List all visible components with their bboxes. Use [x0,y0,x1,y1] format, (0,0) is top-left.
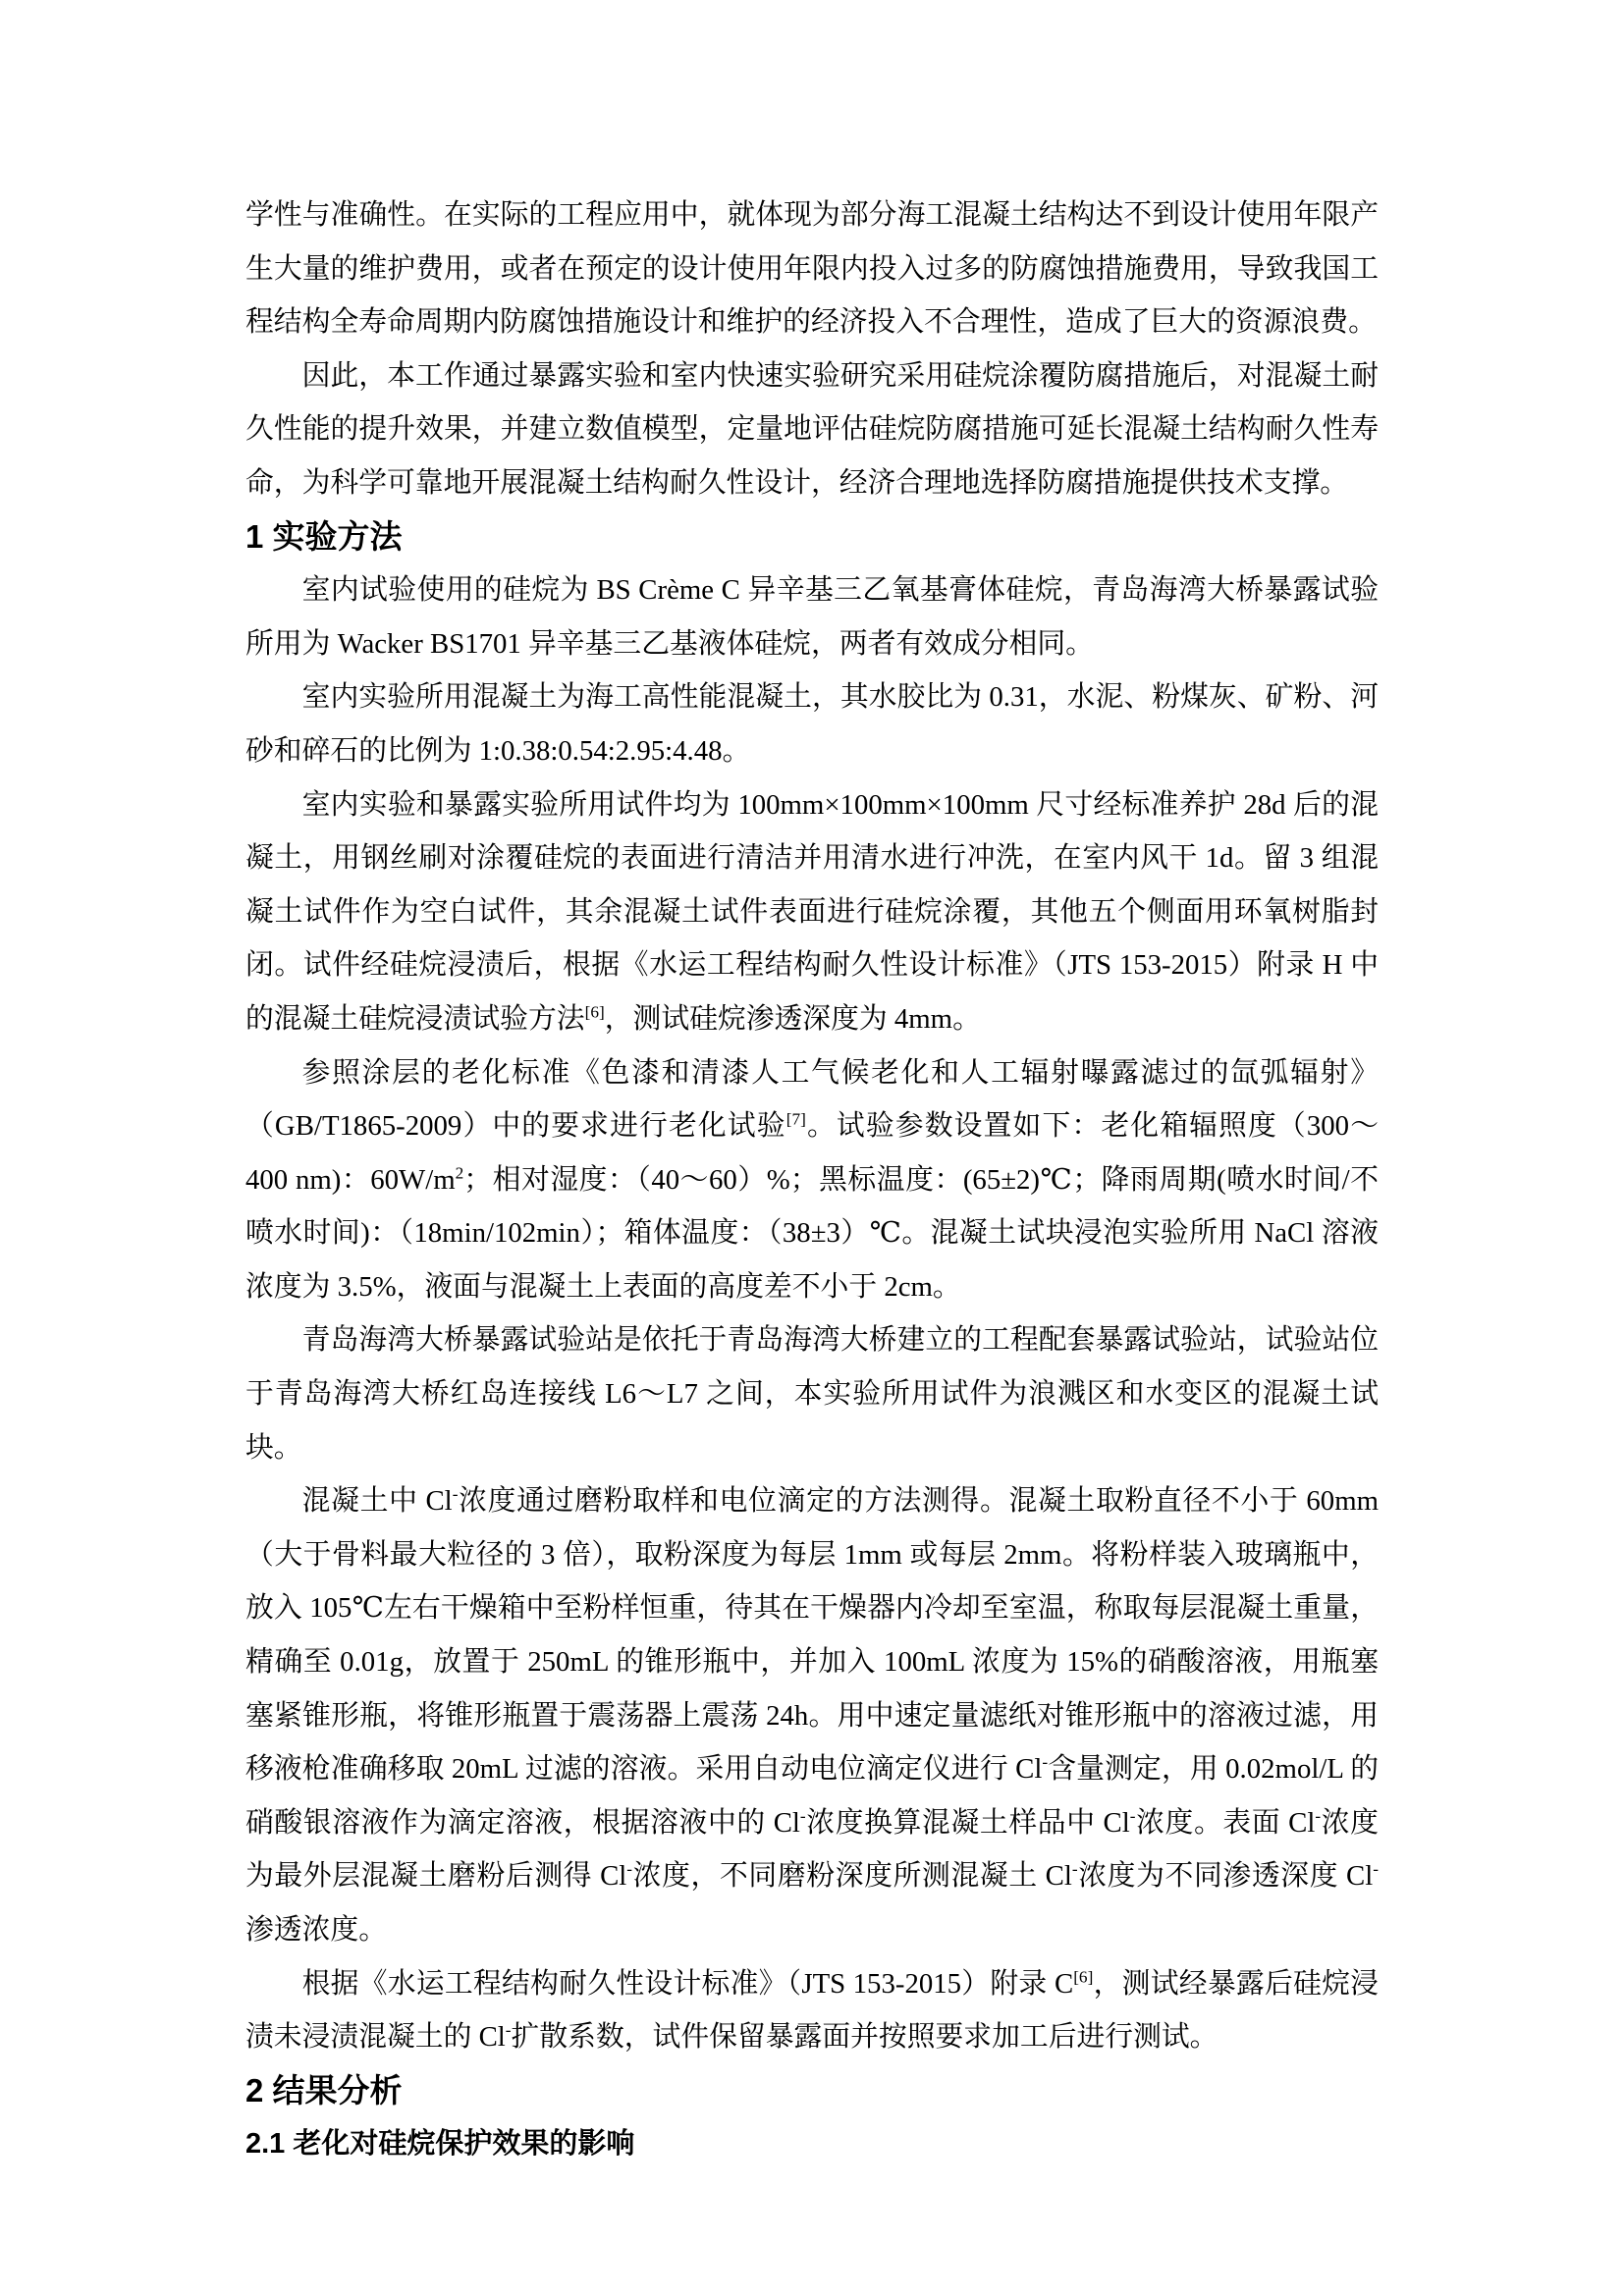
section-heading: 2 结果分析 [245,2064,1379,2118]
superscript: [6] [585,1002,605,1021]
text-run: 室内实验所用混凝土为海工高性能混凝土，其水胶比为 0.31，水泥、粉煤灰、矿粉、… [245,681,1379,767]
document-body: 学性与准确性。在实际的工程应用中，就体现为部分海工混凝土结构达不到设计使用年限产… [245,188,1379,2171]
paragraph: 混凝土中 Cl-浓度通过磨粉取样和电位滴定的方法测得。混凝土取粉直径不小于 60… [245,1474,1379,1956]
text-run: 浓度。表面 Cl [1135,1807,1315,1839]
text-run: 室内试验使用的硅烷为 BS Crème C 异辛基三乙氧基膏体硅烷，青岛海湾大桥… [245,574,1379,660]
text-run: ，测试硅烷渗透深度为 4mm。 [605,1003,981,1035]
paragraph: 学性与准确性。在实际的工程应用中，就体现为部分海工混凝土结构达不到设计使用年限产… [245,188,1379,349]
paragraph: 室内实验和暴露实验所用试件均为 100mm×100mm×100mm 尺寸经标准养… [245,778,1379,1046]
paragraph: 青岛海湾大桥暴露试验站是依托于青岛海湾大桥建立的工程配套暴露试验站，试验站位于青… [245,1313,1379,1474]
text-run: 室内实验和暴露实验所用试件均为 100mm×100mm×100mm 尺寸经标准养… [245,789,1379,1035]
section-heading: 1 实验方法 [245,510,1379,564]
text-run: 根据《水运工程结构耐久性设计标准》（JTS 153-2015）附录 C [302,1968,1074,2000]
superscript: - [1373,1860,1379,1879]
text-run: 青岛海湾大桥暴露试验站是依托于青岛海湾大桥建立的工程配套暴露试验站，试验站位于青… [245,1324,1379,1463]
text-run: 浓度，不同磨粉深度所测混凝土 Cl [632,1860,1072,1892]
text-run: 2.1 老化对硅烷保护效果的影响 [245,2128,634,2160]
text-run: 2 结果分析 [245,2072,403,2109]
superscript: [6] [1073,1967,1093,1986]
paragraph: 参照涂层的老化标准《色漆和清漆人工气候老化和人工辐射曝露滤过的氙弧辐射》（GB/… [245,1046,1379,1314]
paragraph: 室内试验使用的硅烷为 BS Crème C 异辛基三乙氧基膏体硅烷，青岛海湾大桥… [245,563,1379,670]
text-run: 扩散系数，试件保留暴露面并按照要求加工后进行测试。 [512,2021,1218,2053]
text-run: 1 实验方法 [245,518,403,555]
text-run: 浓度为不同渗透深度 Cl [1078,1860,1374,1892]
text-run: 浓度通过磨粉取样和电位滴定的方法测得。混凝土取粉直径不小于 60mm（大于骨料最… [245,1485,1379,1785]
text-run: 浓度换算混凝土样品中 Cl [806,1807,1130,1839]
paragraph: 因此，本工作通过暴露实验和室内快速实验研究采用硅烷涂覆防腐措施后，对混凝土耐久性… [245,349,1379,510]
superscript: 2 [456,1163,464,1182]
paragraph: 根据《水运工程结构耐久性设计标准》（JTS 153-2015）附录 C[6]，测… [245,1957,1379,2064]
text-run: 渗透浓度。 [245,1914,387,1946]
text-run: 因此，本工作通过暴露实验和室内快速实验研究采用硅烷涂覆防腐措施后，对混凝土耐久性… [245,360,1379,499]
superscript: [7] [786,1110,806,1129]
subsection-heading: 2.1 老化对硅烷保护效果的影响 [245,2117,1379,2171]
paragraph: 室内实验所用混凝土为海工高性能混凝土，其水胶比为 0.31，水泥、粉煤灰、矿粉、… [245,670,1379,777]
document-page: 学性与准确性。在实际的工程应用中，就体现为部分海工混凝土结构达不到设计使用年限产… [0,0,1624,2296]
text-run: 混凝土中 Cl [302,1485,453,1517]
text-run: 学性与准确性。在实际的工程应用中，就体现为部分海工混凝土结构达不到设计使用年限产… [245,199,1379,338]
